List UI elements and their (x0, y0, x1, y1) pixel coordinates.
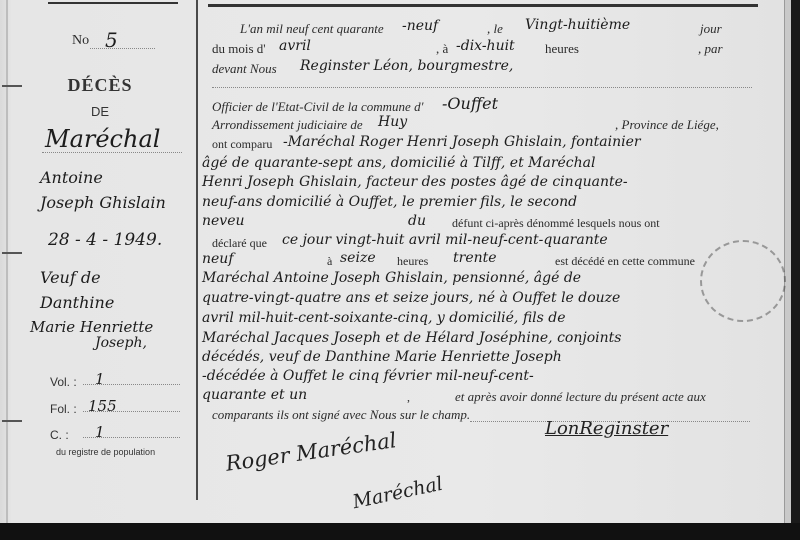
act-handwriting: décédés, veuf de Danthine Marie Henriett… (202, 349, 562, 365)
volume-label: Vol. : (50, 375, 77, 389)
act-text: heures (397, 254, 428, 269)
act-text: L'an mil neuf cent quarante (240, 21, 384, 37)
act-handwriting: quarante et un (202, 387, 307, 403)
act-handwriting: Vingt-huitième (525, 17, 630, 33)
act-handwriting: trente (453, 250, 497, 266)
register-note: du registre de population (56, 447, 155, 457)
act-text: est décédé en cette commune (555, 254, 695, 269)
act-handwriting: ce jour vingt-huit avril mil-neuf-cent-q… (282, 232, 608, 248)
binding-staple (2, 252, 22, 254)
act-handwriting: -décédée à Ouffet le cinq février mil-ne… (202, 368, 534, 384)
c-label: C. : (50, 428, 69, 442)
act-text: heures (545, 41, 579, 57)
act-handwriting: -Maréchal Roger Henri Joseph Ghislain, f… (283, 134, 641, 150)
act-text: et après avoir donné lecture du présent … (455, 389, 706, 405)
signature-registrar: LonReginster (545, 418, 668, 439)
scan-border (0, 523, 800, 540)
act-handwriting: neuf-ans domicilié à Ouffet, le premier … (202, 194, 577, 210)
act-handwriting: du (408, 213, 426, 229)
dotted-line (83, 411, 180, 412)
top-rule (48, 2, 178, 4)
deceased-surname: Maréchal (45, 125, 160, 153)
death-date: 28 - 4 - 1949. (48, 230, 162, 250)
act-handwriting: -neuf (402, 18, 438, 34)
folio-label: Fol. : (50, 402, 77, 416)
official-stamp (700, 240, 786, 322)
signature-marechal: Maréchal (351, 473, 445, 514)
act-text: devant Nous (212, 61, 277, 77)
act-text: défunt ci-après dénommé lesquels nous on… (452, 216, 660, 231)
folio-value: 155 (88, 397, 117, 415)
column-divider (196, 0, 198, 500)
dotted-line (212, 87, 752, 88)
record-type-de: DE (60, 104, 140, 119)
act-text: du mois d' (212, 41, 266, 57)
act-handwriting: Huy (378, 114, 407, 130)
act-handwriting: Reginster Léon, bourgmestre, (300, 58, 513, 74)
page-binding (6, 0, 8, 528)
act-text: , Province de Liége, (615, 117, 719, 133)
act-number-label: No (72, 33, 89, 49)
deceased-given-name-1: Antoine (40, 168, 103, 187)
act-handwriting: âgé de quarante-sept ans, domicilié à Ti… (202, 155, 595, 171)
act-handwriting: seize (340, 250, 376, 266)
margin-note-1: Veuf de (40, 268, 101, 287)
top-rule (208, 4, 758, 7)
act-handwriting: quatre-vingt-quatre ans et seize jours, … (202, 290, 620, 306)
act-handwriting: avril mil-huit-cent-soixante-cinq, y dom… (202, 310, 566, 326)
act-handwriting: Henri Joseph Ghislain, facteur des poste… (202, 174, 628, 190)
act-text: , à (436, 41, 448, 57)
act-text: à (327, 254, 332, 269)
volume-value: 1 (95, 370, 105, 388)
margin-note-2: Danthine (40, 293, 114, 312)
binding-staple (2, 420, 22, 422)
act-text: comparants ils ont signé avec Nous sur l… (212, 407, 470, 423)
act-handwriting: neuf (202, 251, 234, 267)
dotted-line (83, 384, 180, 385)
binding-staple (2, 85, 22, 87)
act-handwriting: avril (279, 38, 311, 54)
act-handwriting: -Ouffet (442, 94, 498, 113)
act-text: Officier de l'Etat-Civil de la commune d… (212, 99, 423, 115)
margin-note-3: Marie Henriette (30, 318, 153, 336)
record-type-title: DÉCÈS (60, 75, 140, 96)
act-handwriting: Maréchal Antoine Joseph Ghislain, pensio… (202, 270, 581, 286)
act-text: déclaré que (212, 236, 267, 251)
act-text: jour (700, 21, 722, 37)
act-handwriting: neveu (202, 213, 245, 229)
dotted-line (83, 437, 180, 438)
act-text: , le (487, 21, 503, 37)
act-text: Arrondissement judiciaire de (212, 117, 363, 133)
act-handwriting: Maréchal Jacques Joseph et de Hélard Jos… (202, 330, 621, 346)
page-edge (784, 0, 791, 528)
register-page: No 5 DÉCÈS DE Maréchal Antoine Joseph Gh… (0, 0, 790, 528)
c-value: 1 (95, 423, 105, 441)
deceased-given-name-2: Joseph Ghislain (40, 193, 166, 212)
act-text: ont comparu (212, 137, 272, 152)
act-text: , par (698, 41, 723, 57)
margin-note-4: Joseph, (95, 335, 147, 351)
dotted-line (42, 152, 182, 153)
dotted-line (90, 48, 155, 49)
act-text: , (407, 390, 410, 405)
act-handwriting: -dix-huit (456, 38, 515, 54)
signature-roger-marechal: Roger Maréchal (224, 428, 398, 476)
